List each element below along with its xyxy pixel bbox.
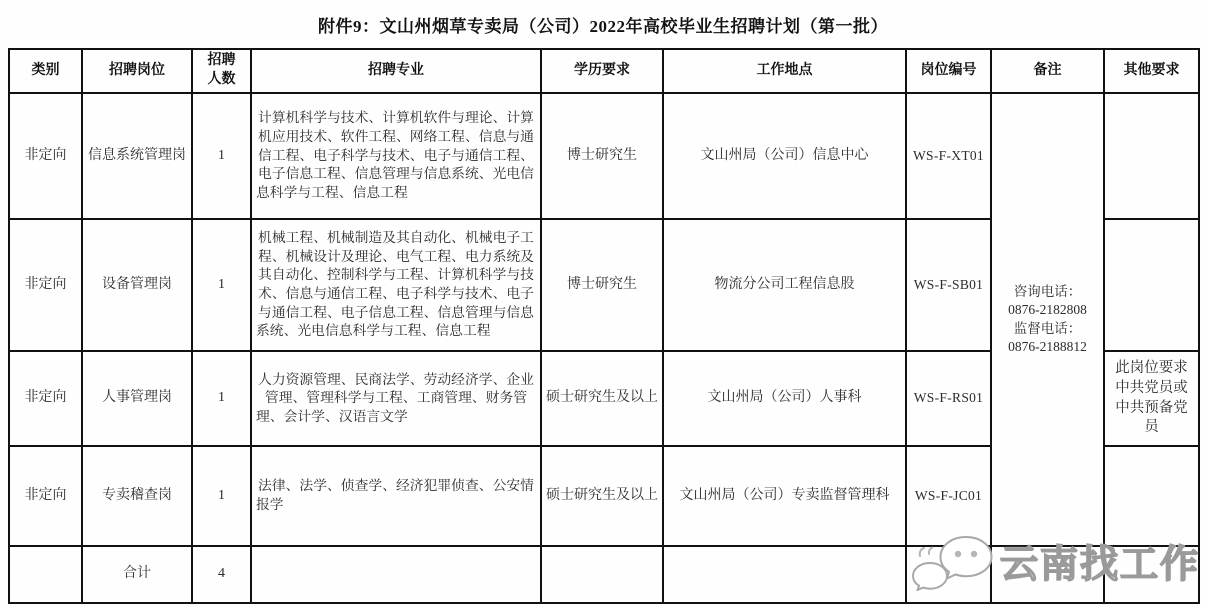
cell-position: 人事管理岗 [82, 351, 192, 446]
document-page: 附件9：文山州烟草专卖局（公司）2022年高校毕业生招聘计划（第一批） 类别 招… [0, 0, 1206, 609]
col-header-category: 类别 [9, 49, 82, 93]
cell-category: 非定向 [9, 446, 82, 546]
cell-count: 1 [192, 351, 251, 446]
cell-majors: 计算机科学与技术、计算机软件与理论、计算机应用技术、软件工程、网络工程、信息与通… [251, 93, 541, 219]
col-header-other: 其他要求 [1104, 49, 1199, 93]
cell-location: 文山州局（公司）信息中心 [663, 93, 906, 219]
table-row-total: 合计 4 [9, 546, 1199, 603]
cell-remarks-empty [991, 546, 1104, 603]
cell-count: 1 [192, 219, 251, 351]
col-header-position: 招聘岗位 [82, 49, 192, 93]
cell-count: 1 [192, 93, 251, 219]
recruitment-table: 类别 招聘岗位 招聘 人数 招聘专业 学历要求 工作地点 岗位编号 备注 其他要… [8, 48, 1200, 604]
cell-education: 博士研究生 [541, 93, 663, 219]
cell-location: 文山州局（公司）人事科 [663, 351, 906, 446]
cell-category: 非定向 [9, 351, 82, 446]
col-header-count: 招聘 人数 [192, 49, 251, 93]
cell-category: 非定向 [9, 219, 82, 351]
cell-location: 文山州局（公司）专卖监督管理科 [663, 446, 906, 546]
cell-majors: 法律、法学、侦查学、经济犯罪侦查、公安情报学 [251, 446, 541, 546]
cell-majors-empty [251, 546, 541, 603]
cell-other [1104, 93, 1199, 219]
cell-category-empty [9, 546, 82, 603]
cell-remarks-merged: 咨询电话： 0876-2182808 监督电话： 0876-2188812 [991, 93, 1104, 546]
col-header-location: 工作地点 [663, 49, 906, 93]
cell-code: WS-F-SB01 [906, 219, 991, 351]
cell-position: 专卖稽查岗 [82, 446, 192, 546]
col-header-code: 岗位编号 [906, 49, 991, 93]
cell-education: 博士研究生 [541, 219, 663, 351]
cell-position: 信息系统管理岗 [82, 93, 192, 219]
cell-education: 硕士研究生及以上 [541, 351, 663, 446]
cell-total-count: 4 [192, 546, 251, 603]
table-header-row: 类别 招聘岗位 招聘 人数 招聘专业 学历要求 工作地点 岗位编号 备注 其他要… [9, 49, 1199, 93]
col-header-education: 学历要求 [541, 49, 663, 93]
cell-majors: 人力资源管理、民商法学、劳动经济学、企业管理、管理科学与工程、工商管理、财务管理… [251, 351, 541, 446]
cell-location-empty [663, 546, 906, 603]
col-header-remarks: 备注 [991, 49, 1104, 93]
cell-majors: 机械工程、机械制造及其自动化、机械电子工程、机械设计及理论、电气工程、电力系统及… [251, 219, 541, 351]
table-row-info-system: 非定向 信息系统管理岗 1 计算机科学与技术、计算机软件与理论、计算机应用技术、… [9, 93, 1199, 219]
cell-other-empty [1104, 546, 1199, 603]
cell-category: 非定向 [9, 93, 82, 219]
cell-code-empty [906, 546, 991, 603]
cell-count: 1 [192, 446, 251, 546]
cell-other: 此岗位要求中共党员或中共预备党员 [1104, 351, 1199, 446]
col-header-majors: 招聘专业 [251, 49, 541, 93]
cell-code: WS-F-XT01 [906, 93, 991, 219]
cell-education: 硕士研究生及以上 [541, 446, 663, 546]
cell-education-empty [541, 546, 663, 603]
cell-other [1104, 446, 1199, 546]
cell-other [1104, 219, 1199, 351]
cell-total-label: 合计 [82, 546, 192, 603]
page-title: 附件9：文山州烟草专卖局（公司）2022年高校毕业生招聘计划（第一批） [0, 12, 1206, 37]
cell-location: 物流分公司工程信息股 [663, 219, 906, 351]
cell-code: WS-F-JC01 [906, 446, 991, 546]
cell-position: 设备管理岗 [82, 219, 192, 351]
cell-code: WS-F-RS01 [906, 351, 991, 446]
